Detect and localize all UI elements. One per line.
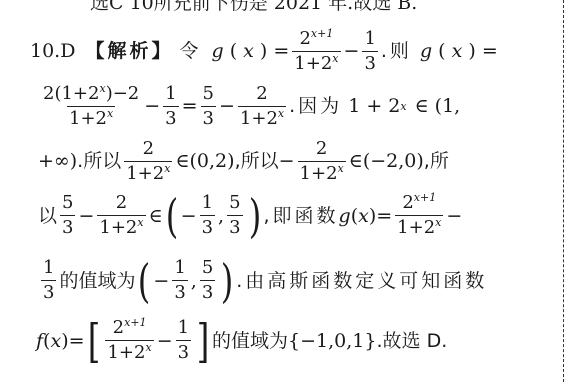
fraction: 2x+1 1+2x	[105, 319, 153, 363]
minus-sign: −	[344, 42, 360, 61]
fraction: 2 1+2x	[97, 194, 145, 238]
equals-sign: =	[273, 42, 289, 61]
fraction: 1 3	[176, 319, 191, 363]
function-g: g	[211, 42, 223, 61]
fraction: 2 1+2x	[298, 140, 346, 184]
fraction: 5 3	[227, 194, 242, 238]
left-paren: (	[138, 258, 151, 304]
fraction: 1 3	[200, 194, 215, 238]
section-label: 【解析】	[85, 42, 173, 61]
fraction: 1 3	[163, 85, 178, 129]
problem-number: 10.	[30, 42, 60, 61]
solution-line-1: 10. D 【解析】 令 g ( x ) = 2x+1 1+2x − 1 3 .…	[30, 30, 498, 74]
fraction: 1 3	[362, 30, 377, 74]
previous-line-fragment: 选C 10所充前下伤是 2021 年.故选 B.	[90, 0, 417, 15]
let-word: 令	[179, 42, 201, 61]
answer-letter: D	[60, 42, 75, 61]
fraction: 1 3	[41, 259, 56, 303]
fraction: 2x+1 1+2x	[292, 30, 340, 74]
left-bracket: [	[87, 318, 100, 364]
solution-line-4: 以 5 3 − 2 1+2x ∈ ( − 1 3 , 5 3 ) ,即函数 g …	[38, 193, 462, 239]
fraction: 2(1+2x)−2 1+2x	[41, 85, 141, 129]
fraction: 5 3	[201, 85, 216, 129]
solution-line-2: 2(1+2x)−2 1+2x − 1 3 = 5 3 − 2 1+2x .因为 …	[38, 85, 460, 129]
fraction: 5 3	[200, 259, 215, 303]
right-bracket: ]	[197, 318, 210, 364]
then-word: .则	[381, 42, 412, 61]
variable-x: x	[243, 42, 254, 61]
left-paren: (	[165, 193, 178, 239]
solution-document: 选C 10所充前下伤是 2021 年.故选 B. 10. D 【解析】 令 g …	[0, 0, 568, 382]
page-edge-dashed-border	[563, 0, 564, 382]
fraction: 2 1+2x	[238, 85, 286, 129]
fraction: 2 1+2x	[124, 140, 172, 184]
fraction: 1 3	[172, 259, 187, 303]
right-paren: )	[221, 258, 234, 304]
fraction: 5 3	[60, 194, 75, 238]
fraction: 2x+1 1+2x	[395, 194, 443, 238]
solution-line-6: f (x) = [ 2x+1 1+2x − 1 3 ] 的值域为 {−1,0,1…	[36, 318, 447, 364]
function-g: g	[420, 42, 432, 61]
equals-sign: =	[482, 42, 498, 61]
right-paren: )	[248, 193, 261, 239]
solution-line-3: +∞) .所以 2 1+2x ∈ (0,2) ,所以 − 2 1+2x ∈ (−…	[38, 140, 449, 184]
solution-line-5: 1 3 的值域为 ( − 1 3 , 5 3 ) .由高斯函数定义可知函数	[38, 258, 487, 304]
